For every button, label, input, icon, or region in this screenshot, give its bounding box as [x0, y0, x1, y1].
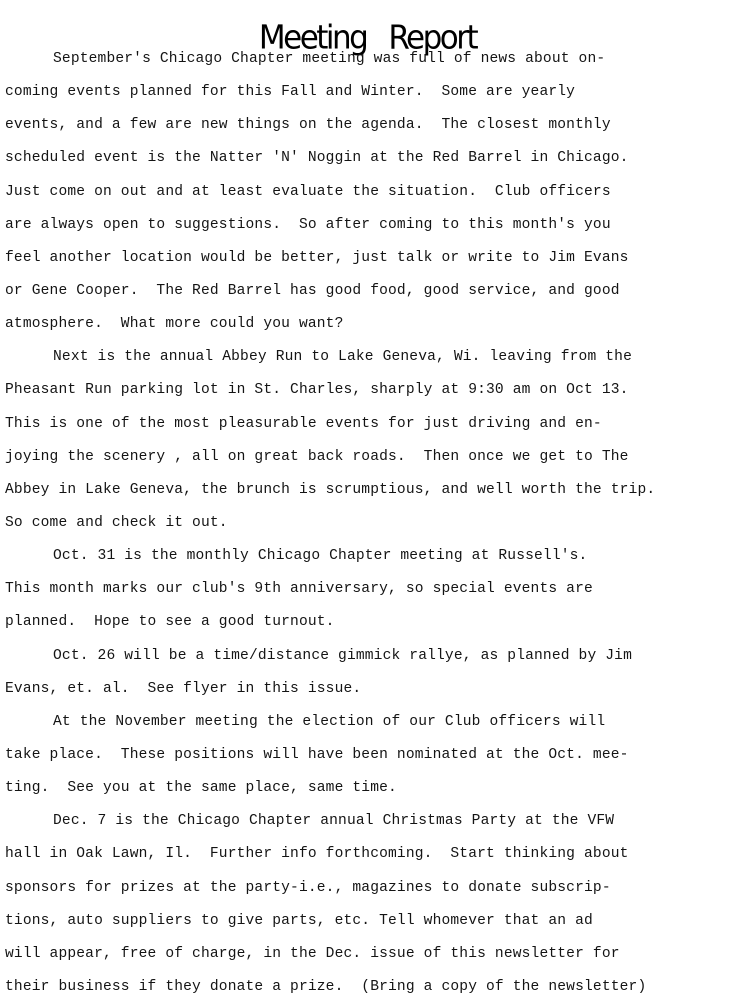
- paragraph-abbey-run: Next is the annual Abbey Run to Lake Gen…: [5, 341, 735, 540]
- text-line: sponsors for prizes at the party-i.e., m…: [5, 872, 735, 905]
- paragraph-chapter-meeting: September's Chicago Chapter meeting was …: [5, 43, 735, 341]
- text-line: coming events planned for this Fall and …: [5, 76, 735, 109]
- text-line: At the November meeting the election of …: [5, 706, 735, 739]
- text-line: ting. See you at the same place, same ti…: [5, 772, 735, 805]
- text-line: Oct. 26 will be a time/distance gimmick …: [5, 640, 735, 673]
- text-line: their business if they donate a prize. (…: [5, 971, 735, 1000]
- text-line: feel another location would be better, j…: [5, 242, 735, 275]
- paragraph-anniversary-meeting: Oct. 31 is the monthly Chicago Chapter m…: [5, 540, 735, 639]
- meeting-report-body: September's Chicago Chapter meeting was …: [5, 43, 735, 1000]
- text-line: Dec. 7 is the Chicago Chapter annual Chr…: [5, 805, 735, 838]
- paragraph-election: At the November meeting the election of …: [5, 706, 735, 805]
- text-line: Pheasant Run parking lot in St. Charles,…: [5, 374, 735, 407]
- text-line: Abbey in Lake Geneva, the brunch is scru…: [5, 474, 735, 507]
- text-line: hall in Oak Lawn, Il. Further info forth…: [5, 838, 735, 871]
- text-line: scheduled event is the Natter 'N' Noggin…: [5, 142, 735, 175]
- text-line: This month marks our club's 9th annivers…: [5, 573, 735, 606]
- text-line: events, and a few are new things on the …: [5, 109, 735, 142]
- text-line: Just come on out and at least evaluate t…: [5, 176, 735, 209]
- text-line: joying the scenery , all on great back r…: [5, 441, 735, 474]
- text-line: or Gene Cooper. The Red Barrel has good …: [5, 275, 735, 308]
- text-line: This is one of the most pleasurable even…: [5, 408, 735, 441]
- text-line: take place. These positions will have be…: [5, 739, 735, 772]
- text-line: Evans, et. al. See flyer in this issue.: [5, 673, 735, 706]
- paragraph-rallye: Oct. 26 will be a time/distance gimmick …: [5, 640, 735, 706]
- text-line: atmosphere. What more could you want?: [5, 308, 735, 341]
- text-line: are always open to suggestions. So after…: [5, 209, 735, 242]
- text-line: tions, auto suppliers to give parts, etc…: [5, 905, 735, 938]
- text-line: Next is the annual Abbey Run to Lake Gen…: [5, 341, 735, 374]
- text-line: Oct. 31 is the monthly Chicago Chapter m…: [5, 540, 735, 573]
- paragraph-christmas-party: Dec. 7 is the Chicago Chapter annual Chr…: [5, 805, 735, 1000]
- text-line: will appear, free of charge, in the Dec.…: [5, 938, 735, 971]
- text-line: planned. Hope to see a good turnout.: [5, 606, 735, 639]
- text-line: September's Chicago Chapter meeting was …: [5, 43, 735, 76]
- text-line: So come and check it out.: [5, 507, 735, 540]
